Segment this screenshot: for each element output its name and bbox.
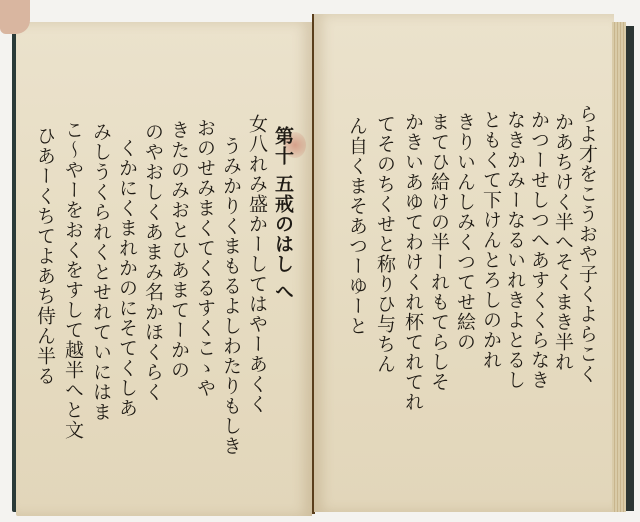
chapter-heading: 第十 五戒のはし へ <box>272 126 294 301</box>
text-column: なきかみーなるいれきよとるし <box>504 110 526 390</box>
open-book: 第十 五戒のはし へ 女八れみ盛かーしてはやーあくく うみかりくまもるよしわたり… <box>8 8 634 514</box>
text-column: まてひ給けの半ーれもてらしそ <box>428 112 450 392</box>
text-column: うみかりくまもるよしわたりもしき <box>220 136 242 456</box>
text-column: かあちけく半へそくまき半れ <box>552 112 574 372</box>
page-edges <box>612 22 626 512</box>
text-column: ん自くまそあつーゆーと <box>346 116 368 336</box>
text-column: くかにくまれかのにそてくしあ <box>116 138 138 418</box>
text-column: みしうくられくとせれていにはま <box>90 122 112 422</box>
text-column: かきいあゆてわけくれ杯てれてれ <box>402 112 424 412</box>
text-column: かつーせしつへあすくくらなき <box>528 110 550 390</box>
text-column: きたのみおとひあまてーかの <box>168 120 190 380</box>
text-column: 女八れみ盛かーしてはやーあくく <box>246 114 268 414</box>
text-column: こ～やーをおくをすして越半へと文 <box>62 120 84 440</box>
text-column: おのせみまくてくるすくこゝや <box>194 118 216 398</box>
text-column: てそのちくせと称りひ与ちん <box>374 114 396 374</box>
left-page: 第十 五戒のはし へ 女八れみ盛かーしてはやーあくく うみかりくまもるよしわたり… <box>16 22 312 516</box>
text-column: ひあーくちてよあち侍ん半る <box>34 126 56 386</box>
text-column: きりいんしみくつてせ絵の <box>454 112 476 352</box>
text-column: らよ才をこうおや子くよらこく <box>576 104 598 384</box>
thumb <box>0 0 30 34</box>
right-page: らよ才をこうおや子くよらこく かあちけく半へそくまき半れ かつーせしつへあすくく… <box>314 14 614 512</box>
text-column: ともくて下けんとろしのかれ <box>480 110 502 370</box>
book-cover-right <box>626 26 634 511</box>
text-column: のやおしくあまみ名かほくらく <box>142 122 164 402</box>
